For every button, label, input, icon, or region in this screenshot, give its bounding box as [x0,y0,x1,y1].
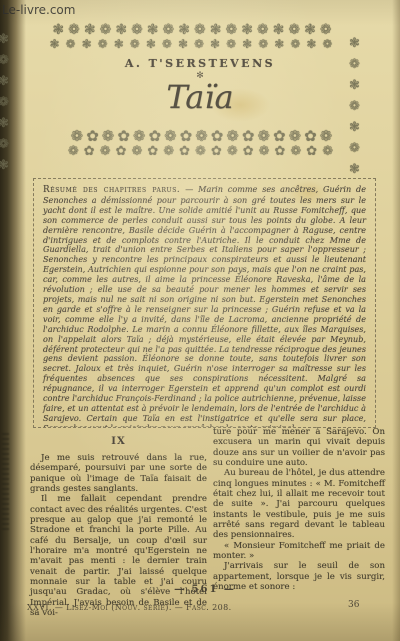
ornament-border-top-row2: ❃❁❃❁❃❁❃❁❃❁❃❁❃❁❃❁❃❁ [26,37,362,51]
resume-lead: Résumé des chapitres parus. [43,185,180,195]
chapter-number: IX [30,436,207,447]
resume-box: Résumé des chapitres parus. — Marin comm… [33,178,376,428]
edge-stamp-marks [2,433,9,531]
watermark-text: Le-livre.com [2,3,75,17]
ornament-border-left-column: ❃❁❃❁❃❁❃ [0,32,11,172]
paragraph: Il me fallait cependant prendre contact … [30,494,207,618]
scanned-book-page-photo: Le-livre.com ❃❁❃❁❃❁❃❁❃❁❃❁❃❁❃❁❃❁ ❃❁❃❁❃❁❃❁… [0,0,400,641]
author-name: A. T'SERSTEVENS [30,57,370,70]
page-right-edge-shadow [392,0,400,641]
paragraph: Je me suis retrouvé dans la rue, désempa… [30,453,207,494]
footer-imprint: XXVI. — Lisez-Moi (Nouv. série). — Fasc.… [27,603,232,612]
page-number: — 561 — [30,584,380,595]
resume-dash: — [180,184,198,194]
text-column-right: ture pour me mener à Sarajevo. On excuse… [213,427,385,593]
ornament-border-top-row1: ❃❁❃❁❃❁❃❁❃❁❃❁❃❁❃❁❃❁ [26,22,362,38]
footer-signature-number: 36 [348,600,359,610]
ornament-border-bottom-row1: ❁✿❁✿❁✿❁✿❁✿❁✿❁✿❁✿❁ [42,127,364,145]
paragraph: Au bureau de l'hôtel, je dus attendre ci… [213,468,385,540]
resume-text: Marin comme ses ancêtres, Guérin de Seno… [43,184,366,428]
ornament-border-bottom-row2: ❁✿❁✿❁✿❁✿❁✿❁✿❁✿❁✿❁ [42,144,364,159]
paragraph: « Monsieur Fomitcheff me priait de monte… [213,541,385,562]
novel-title: Taïa [30,78,370,116]
paragraph-continuation: ture pour me mener à Sarajevo. On excuse… [213,427,385,468]
